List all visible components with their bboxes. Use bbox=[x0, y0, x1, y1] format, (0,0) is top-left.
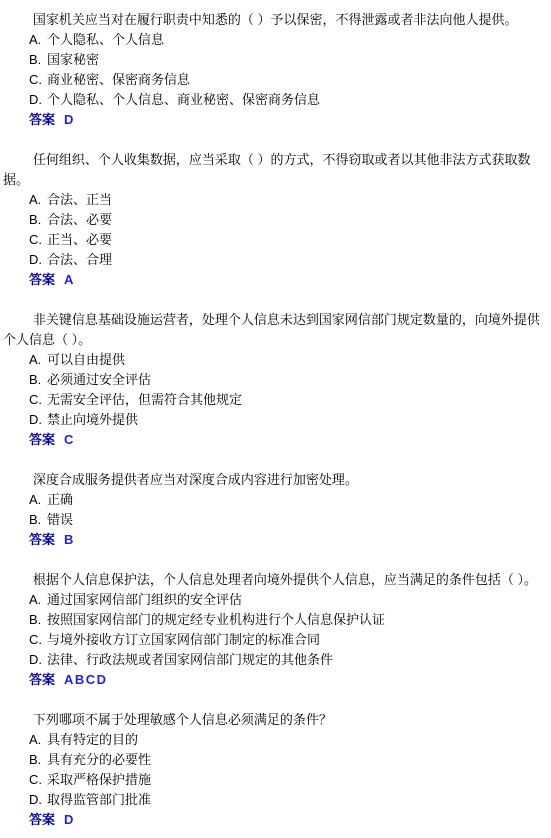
option-row: A.正确 bbox=[3, 490, 548, 510]
option-text: 具有充分的必要性 bbox=[47, 752, 151, 767]
option-label: D. bbox=[29, 90, 43, 110]
option-text: 国家秘密 bbox=[47, 52, 99, 67]
answer-label: 答案 bbox=[29, 432, 55, 447]
question-block: 根据个人信息保护法，个人信息处理者向境外提供个人信息，应当满足的条件包括（ ）。… bbox=[3, 570, 548, 690]
option-row: A.具有特定的目的 bbox=[3, 730, 548, 750]
answer-label: 答案 bbox=[29, 672, 55, 687]
option-text: 合法、合理 bbox=[47, 252, 112, 267]
option-text: 个人隐私、个人信息 bbox=[47, 32, 164, 47]
option-text: 与境外接收方订立国家网信部门制定的标准合同 bbox=[47, 632, 320, 647]
question-text: 根据个人信息保护法，个人信息处理者向境外提供个人信息，应当满足的条件包括（ ）。 bbox=[3, 570, 548, 590]
question-text: 下列哪项不属于处理敏感个人信息必须满足的条件？ bbox=[3, 710, 548, 730]
answer-line: 答案C bbox=[3, 430, 548, 450]
options-list: A.通过国家网信部门组织的安全评估 B.按照国家网信部门的规定经专业机构进行个人… bbox=[3, 590, 548, 670]
option-row: B.错误 bbox=[3, 510, 548, 530]
question-block: 深度合成服务提供者应当对深度合成内容进行加密处理。 A.正确 B.错误 答案B bbox=[3, 470, 548, 550]
answer-line: 答案D bbox=[3, 810, 548, 830]
answer-value: A bbox=[64, 272, 75, 287]
question-text: 国家机关应当对在履行职责中知悉的（ ）予以保密，不得泄露或者非法向他人提供。 bbox=[3, 10, 548, 30]
option-label: C. bbox=[29, 630, 43, 650]
option-text: 采取严格保护措施 bbox=[47, 772, 151, 787]
options-list: A.正确 B.错误 bbox=[3, 490, 548, 530]
answer-label: 答案 bbox=[29, 272, 55, 287]
answer-value: D bbox=[64, 112, 75, 127]
option-text: 合法、正当 bbox=[47, 192, 112, 207]
option-label: B. bbox=[29, 510, 43, 530]
answer-line: 答案ABCD bbox=[3, 670, 548, 690]
options-list: A.可以自由提供 B.必须通过安全评估 C.无需安全评估，但需符合其他规定 D.… bbox=[3, 350, 548, 430]
option-label: C. bbox=[29, 70, 43, 90]
option-label: A. bbox=[29, 590, 43, 610]
options-list: A.具有特定的目的 B.具有充分的必要性 C.采取严格保护措施 D.取得监管部门… bbox=[3, 730, 548, 810]
option-row: A.可以自由提供 bbox=[3, 350, 548, 370]
option-text: 必须通过安全评估 bbox=[47, 372, 151, 387]
option-text: 可以自由提供 bbox=[47, 352, 125, 367]
option-text: 个人隐私、个人信息、商业秘密、保密商务信息 bbox=[47, 92, 320, 107]
option-row: D.取得监管部门批准 bbox=[3, 790, 548, 810]
option-row: C.采取严格保护措施 bbox=[3, 770, 548, 790]
option-row: A.合法、正当 bbox=[3, 190, 548, 210]
question-text: 非关键信息基础设施运营者，处理个人信息未达到国家网信部门规定数量的，向境外提供个… bbox=[3, 310, 548, 350]
option-row: A.个人隐私、个人信息 bbox=[3, 30, 548, 50]
option-row: B.具有充分的必要性 bbox=[3, 750, 548, 770]
option-label: A. bbox=[29, 190, 43, 210]
options-list: A.个人隐私、个人信息 B.国家秘密 C.商业秘密、保密商务信息 D.个人隐私、… bbox=[3, 30, 548, 110]
option-text: 正确 bbox=[47, 492, 73, 507]
option-label: C. bbox=[29, 230, 43, 250]
options-list: A.合法、正当 B.合法、必要 C.正当、必要 D.合法、合理 bbox=[3, 190, 548, 270]
question-block: 国家机关应当对在履行职责中知悉的（ ）予以保密，不得泄露或者非法向他人提供。 A… bbox=[3, 10, 548, 130]
option-label: D. bbox=[29, 790, 43, 810]
option-label: B. bbox=[29, 750, 43, 770]
option-label: A. bbox=[29, 30, 43, 50]
question-block: 任何组织、个人收集数据，应当采取（ ）的方式，不得窃取或者以其他非法方式获取数据… bbox=[3, 150, 548, 290]
option-row: B.国家秘密 bbox=[3, 50, 548, 70]
option-label: B. bbox=[29, 370, 43, 390]
option-row: D.法律、行政法规或者国家网信部门规定的其他条件 bbox=[3, 650, 548, 670]
option-text: 正当、必要 bbox=[47, 232, 112, 247]
question-text: 任何组织、个人收集数据，应当采取（ ）的方式，不得窃取或者以其他非法方式获取数据… bbox=[3, 150, 548, 190]
option-label: A. bbox=[29, 490, 43, 510]
answer-value: D bbox=[64, 812, 75, 827]
answer-line: 答案B bbox=[3, 530, 548, 550]
option-text: 无需安全评估，但需符合其他规定 bbox=[47, 392, 242, 407]
option-row: B.必须通过安全评估 bbox=[3, 370, 548, 390]
option-row: C.正当、必要 bbox=[3, 230, 548, 250]
option-row: C.无需安全评估，但需符合其他规定 bbox=[3, 390, 548, 410]
answer-line: 答案D bbox=[3, 110, 548, 130]
option-label: B. bbox=[29, 610, 43, 630]
option-row: D.合法、合理 bbox=[3, 250, 548, 270]
option-label: C. bbox=[29, 390, 43, 410]
question-text: 深度合成服务提供者应当对深度合成内容进行加密处理。 bbox=[3, 470, 548, 490]
answer-label: 答案 bbox=[29, 812, 55, 827]
option-text: 错误 bbox=[47, 512, 73, 527]
question-block: 非关键信息基础设施运营者，处理个人信息未达到国家网信部门规定数量的，向境外提供个… bbox=[3, 310, 548, 450]
option-text: 按照国家网信部门的规定经专业机构进行个人信息保护认证 bbox=[47, 612, 385, 627]
answer-value: ABCD bbox=[64, 672, 108, 687]
option-text: 合法、必要 bbox=[47, 212, 112, 227]
option-text: 商业秘密、保密商务信息 bbox=[47, 72, 190, 87]
option-label: B. bbox=[29, 210, 43, 230]
option-label: D. bbox=[29, 410, 43, 430]
question-block: 下列哪项不属于处理敏感个人信息必须满足的条件？ A.具有特定的目的 B.具有充分… bbox=[3, 710, 548, 830]
question-list: 国家机关应当对在履行职责中知悉的（ ）予以保密，不得泄露或者非法向他人提供。 A… bbox=[0, 0, 551, 838]
option-text: 具有特定的目的 bbox=[47, 732, 138, 747]
option-row: C.商业秘密、保密商务信息 bbox=[3, 70, 548, 90]
option-text: 法律、行政法规或者国家网信部门规定的其他条件 bbox=[47, 652, 333, 667]
option-row: B.合法、必要 bbox=[3, 210, 548, 230]
answer-line: 答案A bbox=[3, 270, 548, 290]
option-row: D.禁止向境外提供 bbox=[3, 410, 548, 430]
answer-value: B bbox=[64, 532, 75, 547]
option-text: 取得监管部门批准 bbox=[47, 792, 151, 807]
option-label: B. bbox=[29, 50, 43, 70]
option-row: A.通过国家网信部门组织的安全评估 bbox=[3, 590, 548, 610]
option-label: A. bbox=[29, 730, 43, 750]
option-row: C.与境外接收方订立国家网信部门制定的标准合同 bbox=[3, 630, 548, 650]
option-label: D. bbox=[29, 650, 43, 670]
option-text: 通过国家网信部门组织的安全评估 bbox=[47, 592, 242, 607]
option-label: D. bbox=[29, 250, 43, 270]
option-label: A. bbox=[29, 350, 43, 370]
answer-label: 答案 bbox=[29, 532, 55, 547]
option-row: B.按照国家网信部门的规定经专业机构进行个人信息保护认证 bbox=[3, 610, 548, 630]
answer-value: C bbox=[64, 432, 75, 447]
answer-label: 答案 bbox=[29, 112, 55, 127]
option-label: C. bbox=[29, 770, 43, 790]
option-row: D.个人隐私、个人信息、商业秘密、保密商务信息 bbox=[3, 90, 548, 110]
option-text: 禁止向境外提供 bbox=[47, 412, 138, 427]
